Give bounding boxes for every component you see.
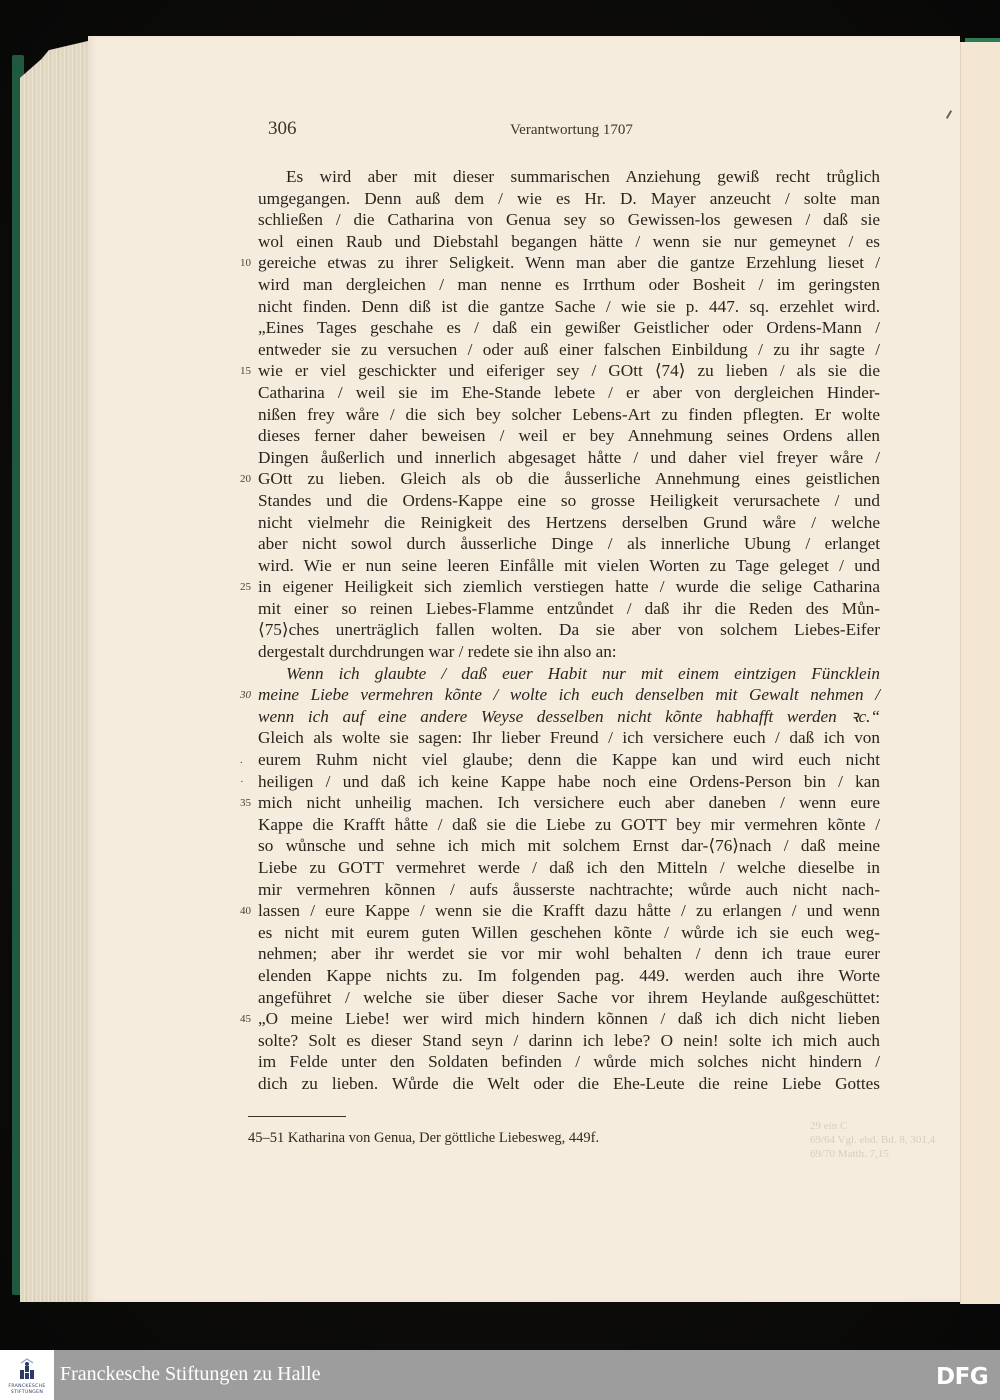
text-line: wol einen Raub und Diebstahl begangen hä… [258, 231, 880, 253]
text-line: elenden Kappe nichts zu. Im folgenden pa… [258, 965, 880, 987]
dfg-logo[interactable]: DFG [936, 1364, 988, 1390]
line-text: Kappe die Krafft håtte / daß sie die Lie… [258, 814, 880, 836]
bleed-through-line: 69/70 Matth. 7,15 [810, 1147, 935, 1161]
line-text: GOtt zu lieben. Gleich als ob die åusser… [258, 468, 880, 490]
text-line: so wůnsche und sehne ich mich mit solche… [258, 835, 880, 857]
line-text: Liebe zu GOTT vermehret werde / daß ich … [258, 857, 880, 879]
line-text: nehmen; aber ihr werdet sie vor mir wohl… [258, 943, 880, 965]
line-text: es nicht mit eurem guten Willen geschehe… [258, 922, 880, 944]
text-line: Dingen åußerlich und innerlich abgesaget… [258, 447, 880, 469]
franckesche-logo[interactable]: FRANCKESCHE STIFTUNGEN [0, 1350, 54, 1400]
line-text: angeführet / welche sie über dieser Sach… [258, 987, 880, 1009]
next-page-edge [960, 42, 1000, 1304]
line-text: nicht finden. Denn diß ist die gantze Sa… [258, 296, 880, 318]
footnote: 45–51 Katharina von Genua, Der göttliche… [248, 1130, 599, 1147]
line-text: umgegangen. Denn auß dem / wie es Hr. D.… [258, 188, 880, 210]
line-text: eurem Ruhm nicht viel glaube; denn die K… [258, 749, 880, 771]
text-line: im Felde unter den Soldaten befinden / w… [258, 1051, 880, 1073]
line-text: nißen frey wåre / die sich bey solcher L… [258, 404, 880, 426]
text-line: dergestalt durchdrungen war / redete sie… [258, 641, 880, 663]
franckesche-figure-icon [19, 1358, 35, 1380]
text-line: Wenn ich glaubte / daß euer Habit nur mi… [258, 663, 880, 685]
line-text: wie er viel geschickter und eiferiger se… [258, 360, 880, 382]
page-number: 306 [268, 118, 297, 140]
text-line: 40lassen / eure Kappe / wenn sie die Kra… [258, 900, 880, 922]
line-text: in eigener Heiligkeit sich ziemlich vers… [258, 576, 880, 598]
line-number: . [240, 750, 256, 772]
bleed-through-line: 69/64 Vgl. ebd. Bd. 8, 301,4 [810, 1133, 935, 1147]
text-line: Liebe zu GOTT vermehret werde / daß ich … [258, 857, 880, 879]
text-line: dich zu lieben. Wůrde die Welt oder die … [258, 1073, 880, 1095]
text-line: 30meine Liebe vermehren kõnte / wolte ic… [258, 684, 880, 706]
line-text: aber nicht sowol durch åusserliche Dinge… [258, 533, 880, 555]
line-text: Dingen åußerlich und innerlich abgesaget… [258, 447, 880, 469]
running-head: 306 Verantwortung 1707 [268, 118, 888, 142]
text-line: 15wie er viel geschickter und eiferiger … [258, 360, 880, 382]
line-text: wol einen Raub und Diebstahl begangen hä… [258, 231, 880, 253]
line-text: entweder sie zu versuchen / oder auß ein… [258, 339, 880, 361]
line-text: Standes und die Ordens-Kappe eine so gro… [258, 490, 880, 512]
text-line: ⟨75⟩ches unerträglich fallen wolten. Da … [258, 619, 880, 641]
line-text: Catharina / weil sie im Ehe-Stande lebet… [258, 382, 880, 404]
line-text: Gleich als wolte sie sagen: Ihr lieber F… [258, 727, 880, 749]
line-number: 20 [240, 469, 256, 491]
line-number: 35 [240, 793, 256, 815]
text-line: 25in eigener Heiligkeit sich ziemlich ve… [258, 576, 880, 598]
line-number: 25 [240, 577, 256, 599]
line-text: Wenn ich glaubte / daß euer Habit nur mi… [286, 663, 880, 685]
text-line: 35mich nicht unheilig machen. Ich versic… [258, 792, 880, 814]
body-text: Es wird aber mit dieser summarischen Anz… [258, 166, 880, 1095]
text-line: dieses ferner daher beweisen / weil er b… [258, 425, 880, 447]
line-text: elenden Kappe nichts zu. Im folgenden pa… [258, 965, 880, 987]
text-line: angeführet / welche sie über dieser Sach… [258, 987, 880, 1009]
line-text: dich zu lieben. Wůrde die Welt oder die … [258, 1073, 880, 1095]
running-title: Verantwortung 1707 [510, 122, 633, 139]
line-number: 45 [240, 1009, 256, 1031]
line-text: lassen / eure Kappe / wenn sie die Kraff… [258, 900, 880, 922]
line-text: „Eines Tages geschahe es / daß ein gewiß… [258, 317, 880, 339]
text-line: Es wird aber mit dieser summarischen Anz… [258, 166, 880, 188]
text-line: nißen frey wåre / die sich bey solcher L… [258, 404, 880, 426]
text-line: wenn ich auf eine andere Weyse desselben… [258, 706, 880, 728]
footer-title: Franckesche Stiftungen zu Halle [60, 1363, 320, 1386]
line-number: 10 [240, 253, 256, 275]
text-line: mir vermehren kõnnen / aufs åusserste na… [258, 879, 880, 901]
line-text: solte? Solt es dieser Stand seyn / darin… [258, 1030, 880, 1052]
text-line: nicht vielmehr die Reinigkeit des Hertze… [258, 512, 880, 534]
line-text: gereiche etwas zu ihrer Seligkeit. Wenn … [258, 252, 880, 274]
text-line: .eurem Ruhm nicht viel glaube; denn die … [258, 749, 880, 771]
text-line: Gleich als wolte sie sagen: Ihr lieber F… [258, 727, 880, 749]
text-line: 20GOtt zu lieben. Gleich als ob die åuss… [258, 468, 880, 490]
line-text: schließen / die Catharina von Genua sey … [258, 209, 880, 231]
line-text: ⟨75⟩ches unerträglich fallen wolten. Da … [258, 619, 880, 641]
line-text: mir vermehren kõnnen / aufs åusserste na… [258, 879, 880, 901]
line-text: meine Liebe vermehren kõnte / wolte ich … [258, 684, 880, 706]
text-line: entweder sie zu versuchen / oder auß ein… [258, 339, 880, 361]
line-text: nicht vielmehr die Reinigkeit des Hertze… [258, 512, 880, 534]
line-text: wenn ich auf eine andere Weyse desselben… [258, 706, 880, 728]
text-line: 45„O meine Liebe! wer wird mich hindern … [258, 1008, 880, 1030]
text-line: mit einer so reinen Liebes-Flamme entzůn… [258, 598, 880, 620]
line-number: 40 [240, 901, 256, 923]
line-text: so wůnsche und sehne ich mich mit solche… [258, 835, 880, 857]
text-line: aber nicht sowol durch åusserliche Dinge… [258, 533, 880, 555]
text-line: „Eines Tages geschahe es / daß ein gewiß… [258, 317, 880, 339]
line-number: 30 [240, 685, 256, 707]
text-line: wird. Wie er nun seine leeren Einfålle m… [258, 555, 880, 577]
text-line: solte? Solt es dieser Stand seyn / darin… [258, 1030, 880, 1052]
line-text: dieses ferner daher beweisen / weil er b… [258, 425, 880, 447]
line-text: im Felde unter den Soldaten befinden / w… [258, 1051, 880, 1073]
text-line: Catharina / weil sie im Ehe-Stande lebet… [258, 382, 880, 404]
footnote-divider [248, 1116, 346, 1117]
bleed-through-line: 29 ein C [810, 1119, 935, 1133]
line-text: Es wird aber mit dieser summarischen Anz… [286, 166, 880, 188]
line-text: wird man dergleichen / man nenne es Irrt… [258, 274, 880, 296]
line-number: 15 [240, 361, 256, 383]
bleed-through-text: 29 ein C69/64 Vgl. ebd. Bd. 8, 301,469/7… [810, 1119, 935, 1161]
line-number: · [240, 772, 256, 794]
logo-text: FRANCKESCHE STIFTUNGEN [2, 1384, 52, 1396]
text-line: Standes und die Ordens-Kappe eine so gro… [258, 490, 880, 512]
text-line: es nicht mit eurem guten Willen geschehe… [258, 922, 880, 944]
line-text: heiligen / und daß ich keine Kappe habe … [258, 771, 880, 793]
footer-bar: FRANCKESCHE STIFTUNGEN Franckesche Stift… [0, 1350, 1000, 1400]
text-line: Kappe die Krafft håtte / daß sie die Lie… [258, 814, 880, 836]
text-line: nehmen; aber ihr werdet sie vor mir wohl… [258, 943, 880, 965]
page-stack-edges [20, 40, 92, 1302]
line-text: mit einer so reinen Liebes-Flamme entzůn… [258, 598, 880, 620]
text-line: schließen / die Catharina von Genua sey … [258, 209, 880, 231]
line-text: wird. Wie er nun seine leeren Einfålle m… [258, 555, 880, 577]
text-line: ·heiligen / und daß ich keine Kappe habe… [258, 771, 880, 793]
text-line: wird man dergleichen / man nenne es Irrt… [258, 274, 880, 296]
text-line: umgegangen. Denn auß dem / wie es Hr. D.… [258, 188, 880, 210]
line-text: dergestalt durchdrungen war / redete sie… [258, 641, 880, 663]
text-line: 10gereiche etwas zu ihrer Seligkeit. Wen… [258, 252, 880, 274]
line-text: mich nicht unheilig machen. Ich versiche… [258, 792, 880, 814]
line-text: „O meine Liebe! wer wird mich hindern kõ… [258, 1008, 880, 1030]
text-line: nicht finden. Denn diß ist die gantze Sa… [258, 296, 880, 318]
